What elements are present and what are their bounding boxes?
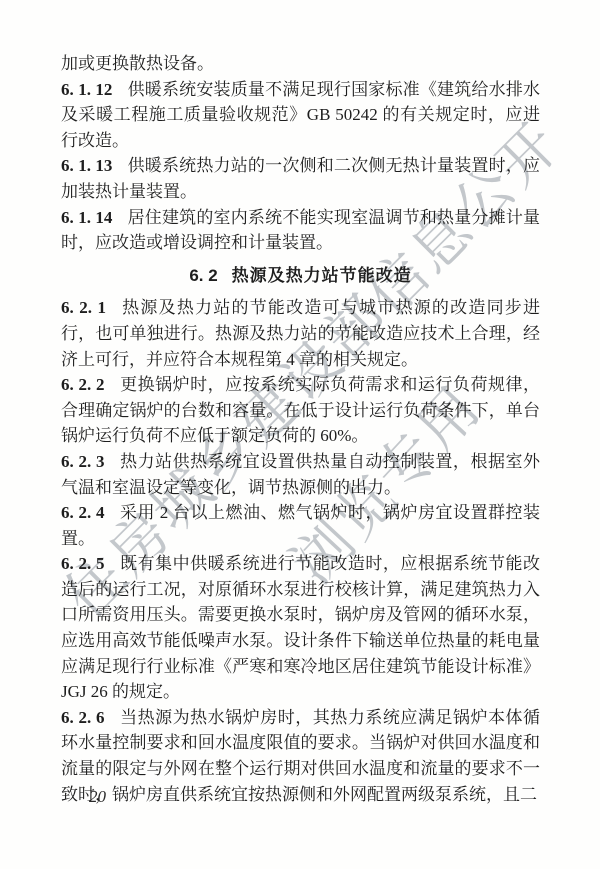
clause-number: 6. 2. 2: [61, 375, 105, 394]
clause-number: 6. 2. 5: [61, 554, 105, 573]
page-body: 加或更换散热设备。 6. 1. 12供暖系统安装质量不满足现行国家标准《建筑给水…: [61, 51, 540, 807]
page-number: 20: [89, 787, 106, 807]
clause-6-2-6: 6. 2. 6当热源为热水锅炉房时，其热力系统应满足锅炉本体循环水量控制要求和回…: [61, 705, 540, 807]
clause-number: 6. 1. 12: [61, 80, 112, 99]
clause-6-2-3: 6. 2. 3热力站供热系统宜设置供热量自动控制装置，根据室外气温和室温设定等变…: [61, 449, 540, 500]
clause-6-1-12: 6. 1. 12供暖系统安装质量不满足现行国家标准《建筑给水排水及采暖工程施工质…: [61, 77, 540, 154]
clause-number: 6. 1. 14: [61, 208, 112, 227]
clause-text: 居住建筑的室内系统不能实现室温调节和热量分摊计量时，应改造或增设调控和计量装置。: [61, 208, 540, 253]
clause-number: 6. 2. 4: [61, 503, 105, 522]
clause-text: 更换锅炉时，应按系统实际负荷需求和运行负荷规律，合理确定锅炉的台数和容量。在低于…: [61, 375, 540, 445]
clause-6-2-5: 6. 2. 5既有集中供暖系统进行节能改造时，应根据系统节能改造后的运行工况，对…: [61, 551, 540, 705]
clause-text: 既有集中供暖系统进行节能改造时，应根据系统节能改造后的运行工况，对原循环水泵进行…: [61, 554, 540, 701]
clause-number: 6. 2. 3: [61, 452, 105, 471]
clause-6-2-1: 6. 2. 1热源及热力站的节能改造可与城市热源的改造同步进行，也可单独进行。热…: [61, 295, 540, 372]
clause-text: 采用 2 台以上燃油、燃气锅炉时，锅炉房宜设置群控装置。: [61, 503, 540, 548]
paragraph-continuation: 加或更换散热设备。: [61, 51, 540, 77]
clause-text: 供暖系统热力站的一次侧和二次侧无热计量装置时，应加装热计量装置。: [61, 156, 540, 201]
clause-number: 6. 1. 13: [61, 156, 112, 175]
clause-6-1-14: 6. 1. 14居住建筑的室内系统不能实现室温调节和热量分摊计量时，应改造或增设…: [61, 205, 540, 256]
clause-6-1-13: 6. 1. 13供暖系统热力站的一次侧和二次侧无热计量装置时，应加装热计量装置。: [61, 153, 540, 204]
clause-text: 热力站供热系统宜设置供热量自动控制装置，根据室外气温和室温设定等变化，调节热源侧…: [61, 452, 540, 497]
clause-number: 6. 2. 6: [61, 708, 105, 727]
section-heading-title: 热源及热力站节能改造: [232, 266, 412, 285]
clause-text: 热源及热力站的节能改造可与城市热源的改造同步进行，也可单独进行。热源及热力站的节…: [61, 298, 540, 368]
clause-text: 当热源为热水锅炉房时，其热力系统应满足锅炉本体循环水量控制要求和回水温度限值的要…: [61, 708, 540, 804]
document-page: 住房城乡建设部信息公开 浏览专用 加或更换散热设备。 6. 1. 12供暖系统安…: [0, 0, 600, 869]
section-heading: 6. 2热源及热力站节能改造: [61, 263, 540, 289]
clause-number: 6. 2. 1: [61, 298, 106, 317]
clause-6-2-4: 6. 2. 4采用 2 台以上燃油、燃气锅炉时，锅炉房宜设置群控装置。: [61, 500, 540, 551]
clause-text: 加或更换散热设备。: [61, 54, 214, 73]
section-heading-number: 6. 2: [189, 266, 217, 285]
clause-text: 供暖系统安装质量不满足现行国家标准《建筑给水排水及采暖工程施工质量验收规范》GB…: [61, 80, 540, 150]
clause-6-2-2: 6. 2. 2更换锅炉时，应按系统实际负荷需求和运行负荷规律，合理确定锅炉的台数…: [61, 372, 540, 449]
